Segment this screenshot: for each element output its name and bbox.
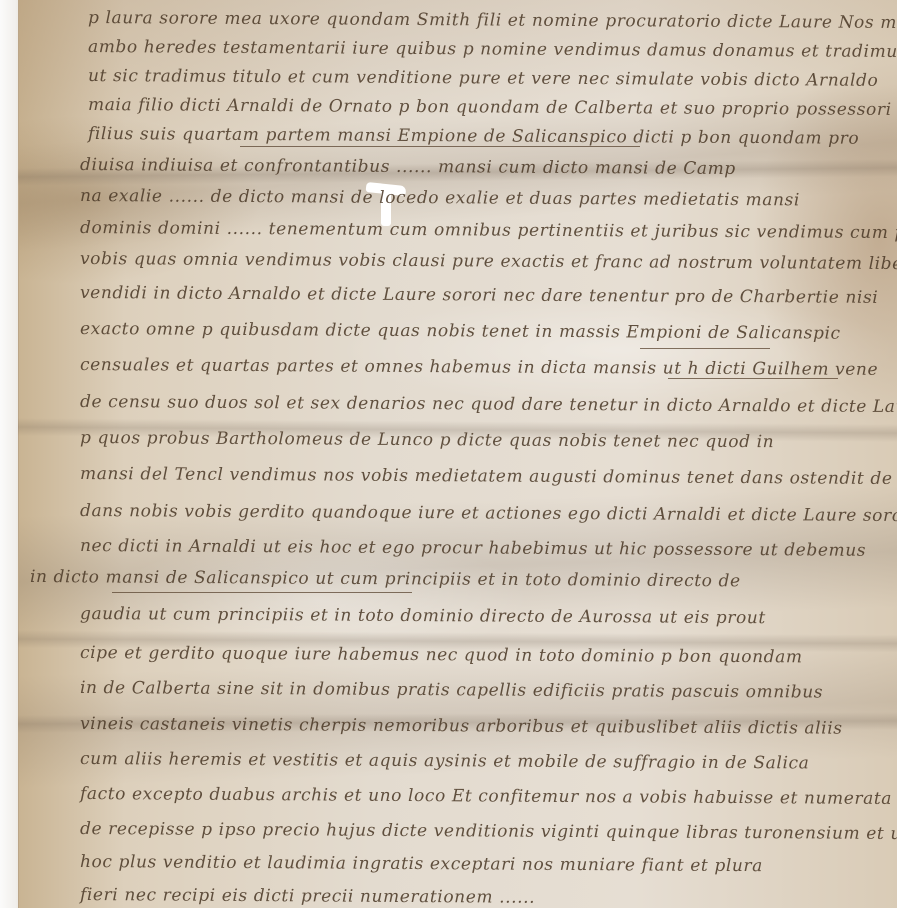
manuscript-line: cipe et gerdito quoque iure habemus nec … [80, 643, 803, 667]
manuscript-line: cum aliis heremis et vestitis et aquis a… [80, 749, 809, 773]
underline-mark [112, 592, 412, 593]
manuscript-line: hoc plus venditio et laudimia ingratis e… [80, 852, 763, 876]
manuscript-line: fieri nec recipi eis dicti precii numera… [80, 885, 535, 908]
underline-mark [668, 378, 838, 379]
manuscript-line: in dicto mansi de Salicanspico ut cum pr… [30, 567, 741, 591]
manuscript-line: vineis castaneis vinetis cherpis nemorib… [80, 714, 843, 739]
underline-mark [640, 348, 770, 349]
manuscript-line: facto excepto duabus archis et uno loco … [80, 784, 892, 809]
manuscript-line: exacto omne p quibusdam dicte quas nobis… [80, 319, 841, 344]
manuscript-text: p laura sorore mea uxore quondam Smith f… [0, 0, 897, 908]
manuscript-line: mansi del Tencl vendimus nos vobis medie… [80, 464, 893, 489]
manuscript-line: dominis domini ...... tenementum cum omn… [80, 218, 897, 243]
manuscript-line: p laura sorore mea uxore quondam Smith f… [88, 8, 897, 33]
manuscript-line: ut sic tradimus titulo et cum venditione… [88, 66, 878, 91]
underline-mark [240, 146, 640, 147]
manuscript-line: ambo heredes testamentarii iure quibus p… [88, 37, 897, 62]
manuscript-line: censuales et quartas partes et omnes hab… [80, 355, 878, 380]
manuscript-line: na exalie ...... de dicto mansi de loced… [80, 186, 800, 210]
manuscript-page: p laura sorore mea uxore quondam Smith f… [0, 0, 897, 908]
manuscript-line: nec dicti in Arnaldi ut eis hoc et ego p… [80, 536, 866, 561]
manuscript-line: gaudia ut cum principiis et in toto domi… [80, 604, 766, 628]
manuscript-line: diuisa indiuisa et confrontantibus .....… [80, 155, 736, 179]
manuscript-line: de censu suo duos sol et sex denarios ne… [80, 392, 897, 417]
manuscript-line: dans nobis vobis gerdito quandoque iure … [80, 501, 897, 526]
manuscript-line: filius suis quartam partem mansi Empione… [88, 124, 859, 149]
manuscript-line: vobis quas omnia vendimus vobis clausi p… [80, 249, 897, 274]
manuscript-line: in de Calberta sine sit in domibus prati… [80, 678, 823, 703]
manuscript-line: p quos probus Bartholomeus de Lunco p di… [80, 428, 774, 452]
manuscript-line: de recepisse p ipso precio hujus dicte v… [80, 819, 897, 844]
manuscript-line: maia filio dicti Arnaldi de Ornato p bon… [88, 95, 892, 120]
manuscript-line: vendidi in dicto Arnaldo et dicte Laure … [80, 283, 878, 308]
